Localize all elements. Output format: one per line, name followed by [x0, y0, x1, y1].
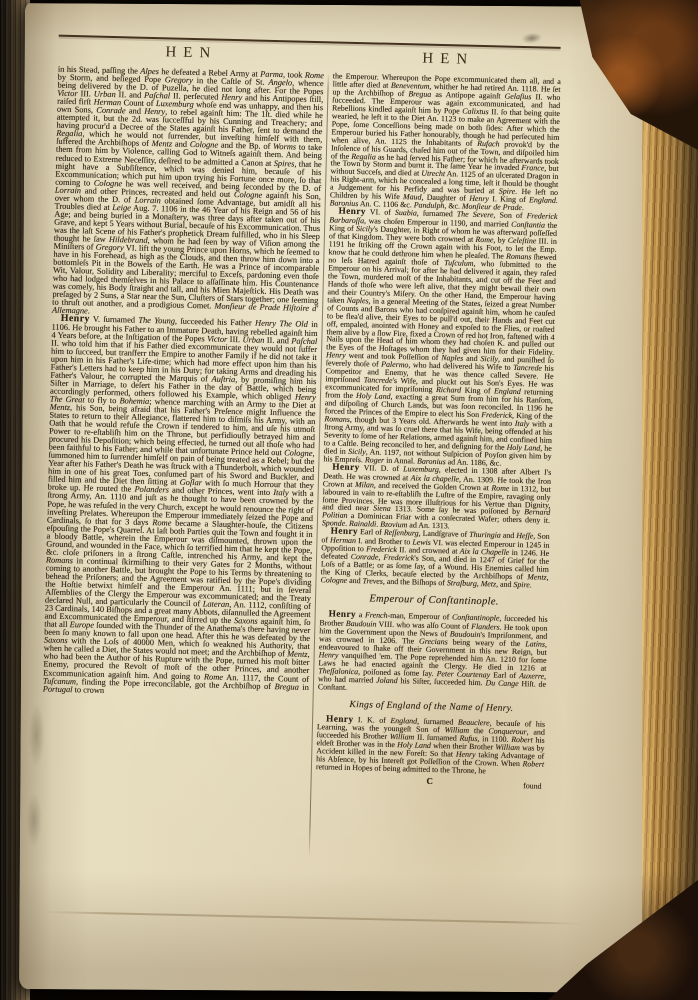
- page-crease: [43, 911, 583, 925]
- catchword: found: [523, 782, 542, 790]
- entry-paragraph: Henry V. ſurnamed The Young, ſucceeded h…: [43, 315, 318, 700]
- signature-mark: C: [316, 775, 544, 789]
- text-column-right-body: the Emperour. Whereupon the Pope excommu…: [316, 72, 561, 777]
- book-page: HEN HEN in his Stead, paſſing the Alpes …: [19, 3, 657, 993]
- entry-paragraph: Henry VI. of Suabia, ſurnamed The Severe…: [323, 208, 557, 469]
- printed-content: HEN HEN in his Stead, paſſing the Alpes …: [39, 29, 563, 863]
- entry-lead: Henry: [332, 462, 360, 473]
- book-fore-edge: [642, 38, 698, 962]
- running-head-left: HEN: [58, 42, 324, 65]
- text-column-right: the Emperour. Whereupon the Pope excommu…: [315, 72, 560, 792]
- text-column-left: in his Stead, paſſing the Alpes he defea…: [43, 66, 324, 700]
- running-head-right: HEN: [334, 48, 562, 71]
- text-columns: in his Stead, paſſing the Alpes he defea…: [39, 66, 562, 863]
- book-photograph: { "page": { "header_left": "HEN", "heade…: [0, 0, 698, 1000]
- section-heading: Emperour of Conſtantinople.: [320, 592, 548, 610]
- entry-lead: Henry: [61, 313, 90, 325]
- entry-paragraph: Henry a French-man, Emperour of Conſtant…: [318, 610, 548, 696]
- section-heading: Kings of England of the Name of Henry.: [317, 698, 545, 716]
- entry-lead: Henry: [326, 714, 354, 725]
- entry-paragraph: Henry I. K. of England, ſurnamed Beaucle…: [316, 715, 545, 777]
- signature-line: C found: [315, 775, 543, 792]
- entry-paragraph: Henry VII. D. of Luxemburg, elected in 1…: [322, 463, 552, 533]
- entry-paragraph: the Emperour. Whereupon the Pope excommu…: [330, 72, 561, 213]
- entry-paragraph: Henry Earl of Reſſenburg, Landſgrave of …: [320, 528, 549, 590]
- entry-paragraph: in his Stead, paſſing the Alpes he defea…: [52, 66, 324, 322]
